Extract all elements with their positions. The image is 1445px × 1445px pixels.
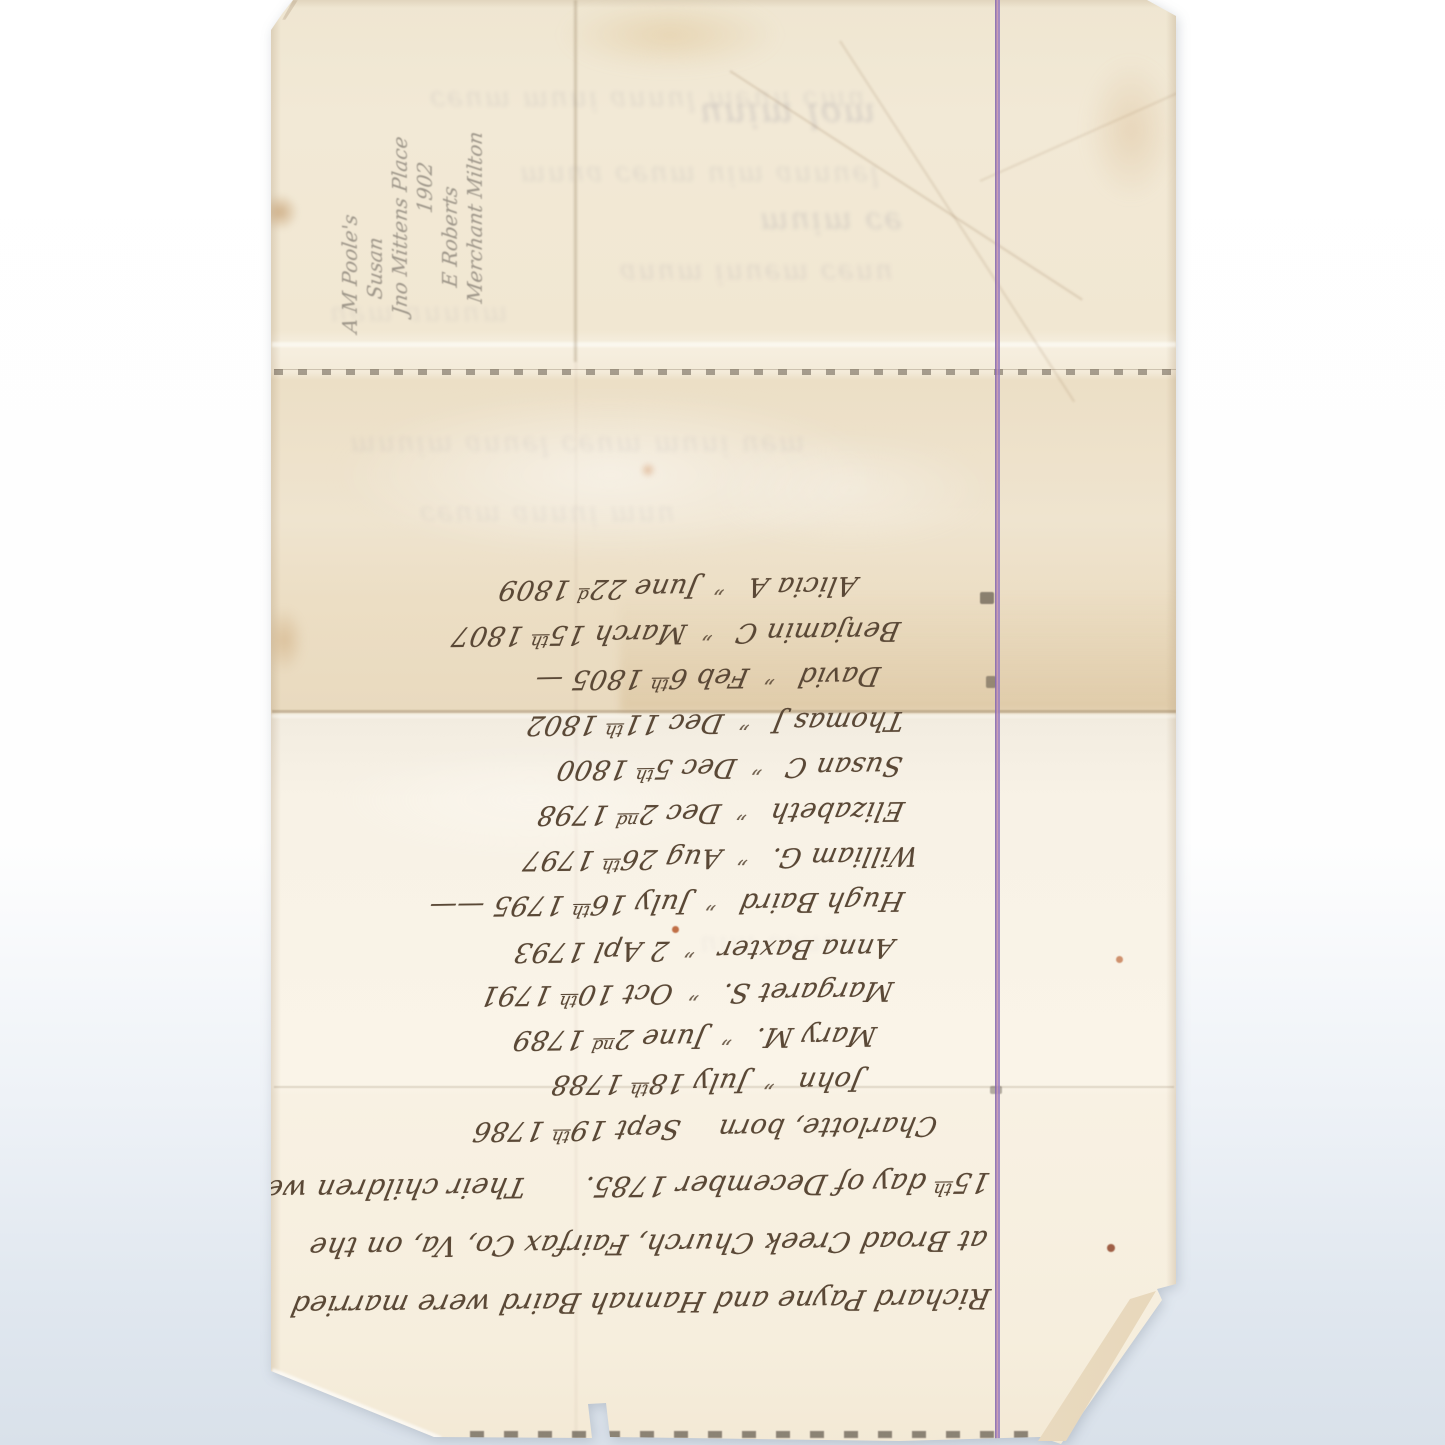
child-record-row: Benjamin C ” March 15th 1807	[449, 615, 903, 653]
ink-showthrough-stroke: muim ce	[760, 205, 904, 240]
birth-date: Dec 11th 1802	[523, 707, 726, 742]
ink-showthrough-stroke: mnua ceum uim annuel	[520, 160, 881, 191]
pencil-note-line: Jno Mittens Place	[388, 1, 413, 317]
pencil-note-line: A M Poole's	[338, 1, 363, 335]
child-record-row: Charlotte, born Sept 19th 1786	[470, 1110, 940, 1149]
child-name: David	[795, 660, 883, 692]
stain	[640, 462, 656, 478]
diagonal-crumple-crease	[729, 70, 1082, 300]
child-record-row: Alicia A ” June 22d 1809	[495, 570, 860, 607]
crease-speck	[986, 676, 996, 688]
birth-date: Aug 26th 1797	[520, 842, 725, 877]
diagonal-crumple-crease	[839, 40, 1075, 402]
child-record-row: Thomas J ” Dec 11th 1802	[523, 705, 907, 743]
ink-showthrough-stroke: ceum annui mnu	[420, 500, 677, 531]
child-record-row: John ” July 18th 1788	[548, 1065, 865, 1102]
ditto-mark: ”	[700, 618, 717, 643]
child-name: Benjamin C	[733, 615, 903, 648]
handwritten-text-layer-rotated-180: Richard Payne and Hannah Baird were marr…	[0, 0, 1445, 1445]
paper-sheet: ceum muni annul meun cmu unim lom mnua c…	[0, 0, 1445, 1445]
diagonal-crumple-crease	[980, 74, 1218, 182]
child-name: Margaret S.	[719, 975, 896, 1008]
child-record-row: Mary M. ” June 2nd 1789	[510, 1020, 879, 1057]
fold-crease-stitched-line	[274, 369, 1176, 375]
crease-speck	[990, 1086, 1002, 1094]
paper-left-edge-shading	[271, 0, 281, 1445]
bottom-edge-dark-dashes	[470, 1431, 1060, 1438]
stain	[560, 0, 780, 70]
ditto-mark: ”	[704, 888, 721, 913]
paper-sheen	[320, 740, 740, 860]
ditto-mark: ”	[687, 978, 704, 1003]
paper-sheen	[700, 430, 1000, 550]
child-name: Alicia A	[745, 570, 860, 602]
child-name: Mary M.	[752, 1020, 879, 1052]
ditto-mark: ”	[750, 753, 767, 778]
child-name: Thomas J	[770, 705, 907, 738]
pencil-annotation-sideways: A M Poole's Susan Jno Mittens Place 1902…	[263, 3, 563, 333]
marriage-date-text: 15th day of December 1785.	[581, 1166, 993, 1203]
rust-spot	[1107, 1244, 1115, 1252]
crease-speck	[980, 592, 994, 604]
birth-date: Dec 2nd 1798	[534, 797, 723, 832]
birth-date: Sept 19th 1786	[470, 1113, 684, 1149]
folded-corner-flap	[0, 0, 1445, 1445]
ink-showthrough-stroke: mnuim anuel ceum muni uem	[350, 430, 807, 461]
ink-showthrough-stroke: ceum muni annul meun cmu	[430, 85, 867, 116]
ditto-mark: ”	[735, 843, 752, 868]
paper-right-edge-shading	[1166, 0, 1176, 1445]
children-intro-text: Their children were	[231, 1171, 529, 1207]
child-record-row: Susan C ” Dec 5th 1800	[553, 750, 905, 787]
vertical-crease-lower	[575, 362, 577, 1442]
rust-spot	[1116, 956, 1123, 963]
vertical-crease-top	[574, 0, 577, 362]
stain	[262, 194, 298, 230]
ditto-mark: ”	[762, 662, 779, 687]
ink-showthrough-stroke: anum inuem cenu	[620, 258, 895, 289]
child-name: Elizabeth	[767, 795, 907, 828]
birth-date: July 16th 1795 ——	[426, 888, 693, 924]
paper-top-edge-shading	[271, 0, 1176, 8]
torn-edge-highlight	[271, 1368, 442, 1441]
child-name: Charlotte, born	[715, 1110, 940, 1144]
scanned-document-canvas: ceum muni annul meun cmu unim lom mnua c…	[0, 0, 1445, 1445]
child-record-row: Hugh Baird ” July 16th 1795 ——	[426, 885, 907, 924]
ditto-mark: ”	[734, 798, 751, 823]
fold-crease-middle	[272, 710, 1176, 713]
child-name: Susan C	[783, 750, 905, 782]
torn-notch-shadow	[282, 0, 298, 20]
fold-crease-ridge-top	[272, 342, 1176, 347]
ditto-mark: ”	[719, 1023, 736, 1048]
ditto-mark: ”	[712, 573, 729, 598]
child-name: William G.	[768, 840, 921, 873]
child-record-row: Anna Baxter ” 2 Apl 1793	[511, 932, 897, 968]
soiled-tan-band	[620, 592, 1176, 712]
child-record-row: David ” Feb 6th 1805 —	[532, 660, 883, 697]
birth-date: Dec 5th 1800	[553, 752, 738, 787]
birth-date: June 22d 1809	[495, 572, 701, 607]
birth-date: July 18th 1788	[548, 1066, 751, 1101]
ink-showthrough-stroke: uem annum	[330, 300, 509, 331]
child-record-row: Margaret S. ” Oct 10th 1791	[477, 975, 896, 1013]
pencil-note-line: 1902	[413, 1, 438, 215]
fold-crease-lower	[274, 1086, 1174, 1088]
fold-crease-middle-highlight	[272, 714, 1176, 718]
stain	[1086, 60, 1176, 200]
birth-date: Oct 10th 1791	[477, 978, 675, 1013]
purple-margin-rule-line	[995, 0, 1000, 1445]
marriage-record-line: at Broad Creek Church, Fairfax Co, Va, o…	[306, 1224, 990, 1264]
birth-date: June 2nd 1789	[510, 1022, 709, 1057]
ditto-mark: ”	[682, 935, 699, 960]
ditto-mark: ”	[762, 1067, 779, 1092]
birth-date: Feb 6th 1805 —	[532, 662, 752, 698]
ink-showthrough-stroke: unim lom	[700, 95, 877, 135]
paper-sheen	[330, 390, 890, 560]
stain	[264, 608, 304, 672]
child-record-row: William G. ” Aug 26th 1797	[520, 840, 921, 878]
birth-date: March 15th 1807	[449, 618, 690, 654]
pencil-note-line: Merchant Milton	[463, 1, 488, 305]
child-name: John	[795, 1065, 865, 1097]
child-name: Hugh Baird	[736, 885, 907, 918]
ink-showthrough-stroke: uim cenum	[700, 930, 870, 961]
paper-sheet-wrapper: ceum muni annul meun cmu unim lom mnua c…	[0, 0, 1445, 1445]
child-name: Anna Baxter	[715, 932, 897, 965]
marriage-record-line: Richard Payne and Hannah Baird were marr…	[287, 1282, 993, 1322]
ditto-mark: ”	[737, 708, 754, 733]
pencil-note-line: Susan	[363, 1, 388, 301]
child-record-row: Elizabeth ” Dec 2nd 1798	[534, 795, 907, 832]
rust-spot	[672, 926, 679, 933]
birth-date: 2 Apl 1793	[511, 935, 671, 968]
marriage-record-line: 15th day of December 1785.Their children…	[231, 1166, 993, 1207]
pencil-note-line: E Roberts	[438, 1, 463, 289]
